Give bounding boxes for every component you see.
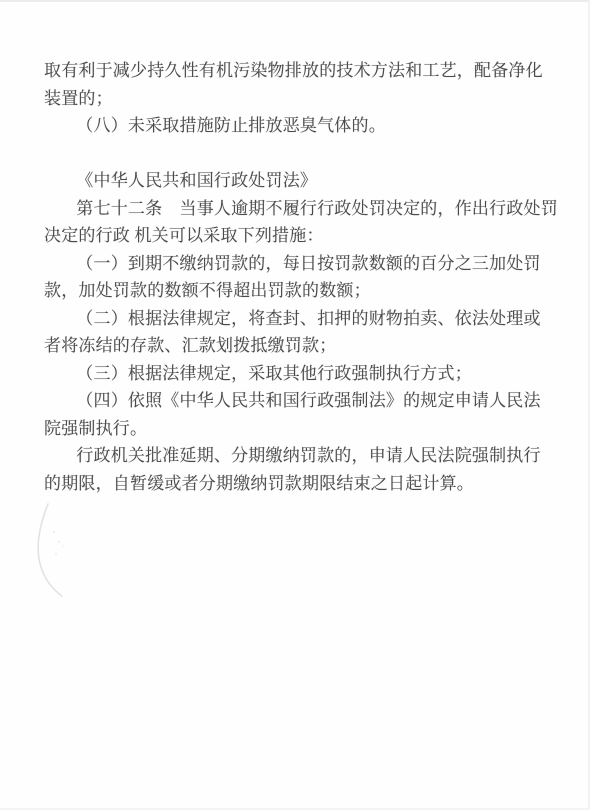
document-line: 决定的行政 机关可以采取下列措施： xyxy=(44,222,548,250)
item-1-line: （一）到期不缴纳罚款的，每日按罚款数额的百分之三加处罚 xyxy=(44,250,548,278)
faint-arc-scan-mark-icon xyxy=(28,496,74,604)
item-2-line: （二）根据法律规定，将查封、扣押的财物拍卖、依法处理或 xyxy=(44,305,548,333)
law-title-line: 《中华人民共和国行政处罚法》 xyxy=(44,167,548,195)
document-line: 院强制执行。 xyxy=(44,415,548,443)
document-line: 款，加处罚款的数额不得超出罚款的数额； xyxy=(44,277,548,305)
page-top-edge xyxy=(0,0,590,2)
document-line: （八）未采取措施防止排放恶臭气体的。 xyxy=(44,112,548,140)
document-line: 取有利于减少持久性有机污染物排放的技术方法和工艺，配备净化 xyxy=(44,57,548,85)
item-4-line: （四）依照《中华人民共和国行政强制法》的规定申请人民法 xyxy=(44,387,548,415)
document-text-block: 取有利于减少持久性有机污染物排放的技术方法和工艺，配备净化 装置的； （八）未采… xyxy=(44,57,548,497)
article-72-line: 第七十二条 当事人逾期不履行行政处罚决定的，作出行政处罚 xyxy=(44,195,548,223)
document-line: 行政机关批准延期、分期缴纳罚款的，申请人民法院强制执行 xyxy=(44,442,548,470)
scanned-document-page: 取有利于减少持久性有机污染物排放的技术方法和工艺，配备净化 装置的； （八）未采… xyxy=(0,0,590,810)
document-line: 的期限，自暂缓或者分期缴纳罚款期限结束之日起计算。 xyxy=(44,470,548,498)
item-3-line: （三）根据法律规定，采取其他行政强制执行方式； xyxy=(44,360,548,388)
document-line: 装置的； xyxy=(44,85,548,113)
document-line: 者将冻结的存款、汇款划拨抵缴罚款； xyxy=(44,332,548,360)
